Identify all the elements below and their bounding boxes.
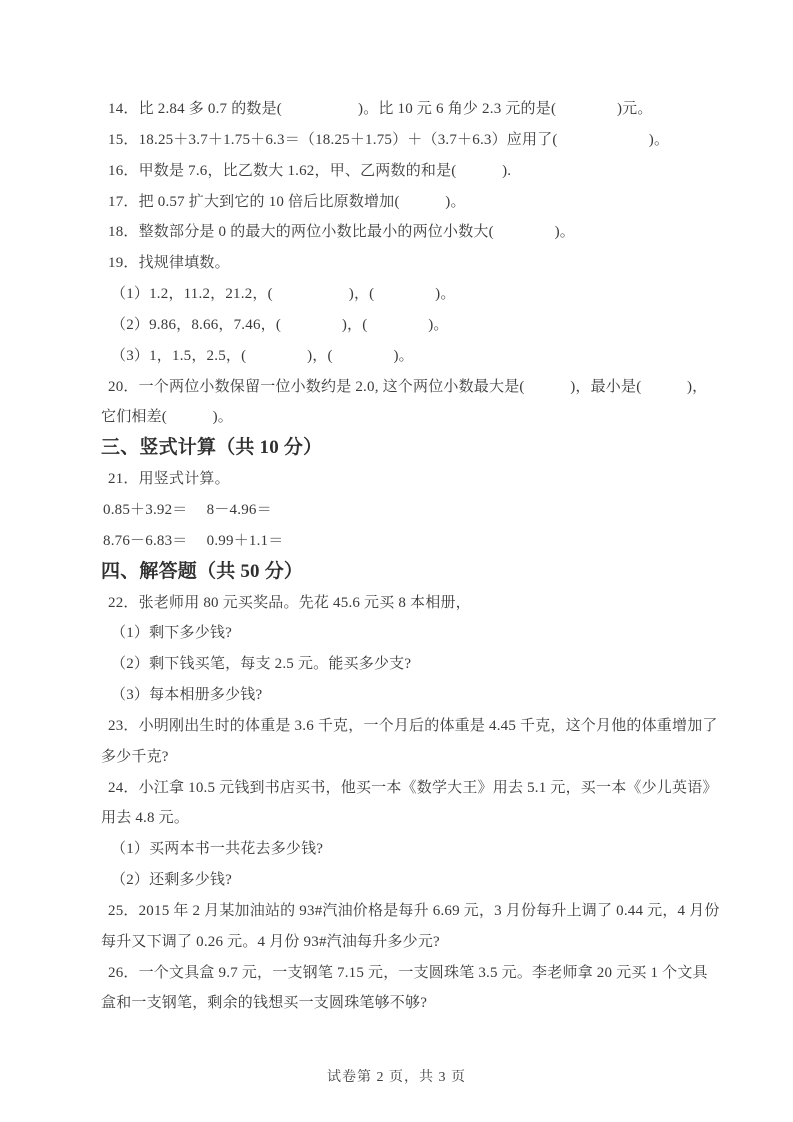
question-15: 15．18.25＋3.7＋1.75＋6.3＝（18.25＋1.75）＋（3.7＋… <box>101 125 721 156</box>
exam-content: 14．比 2.84 多 0.7 的数是( )。比 10 元 6 角少 2.3 元… <box>101 94 721 1019</box>
question-16: 16．甲数是 7.6，比乙数大 1.62，甲、乙两数的和是( ). <box>101 156 721 187</box>
question-22-sub-2: （2）剩下钱买笔，每支 2.5 元。能买多少支? <box>101 649 721 680</box>
question-20: 20．一个两位小数保留一位小数约是 2.0, 这个两位小数最大是( )，最小是(… <box>101 372 721 403</box>
question-22-sub-3: （3）每本相册多少钱? <box>101 680 721 711</box>
question-25-continuation: 每升又下调了 0.26 元。4 月份 93#汽油每升多少元? <box>101 927 721 958</box>
calc-expressions-row-2: 8.76－6.83＝ 0.99＋1.1＝ <box>101 526 721 557</box>
question-22: 22．张老师用 80 元买奖品。先花 45.6 元买 8 本相册， <box>101 588 721 619</box>
question-24-continuation: 用去 4.8 元。 <box>101 803 721 834</box>
calc-expressions-row-1: 0.85＋3.92＝ 8－4.96＝ <box>101 495 721 526</box>
question-25: 25．2015 年 2 月某加油站的 93#汽油价格是每升 6.69 元，3 月… <box>101 896 721 927</box>
question-19: 19．找规律填数。 <box>101 248 721 279</box>
question-18: 18．整数部分是 0 的最大的两位小数比最小的两位小数大( )。 <box>101 217 721 248</box>
question-24: 24．小江拿 10.5 元钱到书店买书，他买一本《数学大王》用去 5.1 元，买… <box>101 773 721 804</box>
question-23: 23．小明刚出生时的体重是 3.6 千克，一个月后的体重是 4.45 千克，这个… <box>101 711 721 742</box>
question-19-sub-3: （3）1，1.5，2.5，( )，( )。 <box>101 341 721 372</box>
question-23-continuation: 多少千克? <box>101 742 721 773</box>
question-17: 17．把 0.57 扩大到它的 10 倍后比原数增加( )。 <box>101 187 721 218</box>
question-24-sub-1: （1）买两本书一共花去多少钱? <box>101 834 721 865</box>
question-22-sub-1: （1）剩下多少钱? <box>101 618 721 649</box>
question-14: 14．比 2.84 多 0.7 的数是( )。比 10 元 6 角少 2.3 元… <box>101 94 721 125</box>
question-21: 21．用竖式计算。 <box>101 464 721 495</box>
question-20-continuation: 它们相差( )。 <box>101 402 721 433</box>
exam-paper-page: 14．比 2.84 多 0.7 的数是( )。比 10 元 6 角少 2.3 元… <box>0 0 793 1122</box>
page-footer: 试卷第 2 页，共 3 页 <box>0 1066 793 1086</box>
question-19-sub-1: （1）1.2，11.2，21.2，( )，( )。 <box>101 279 721 310</box>
section-heading-4: 四、解答题（共 50 分） <box>101 557 721 588</box>
question-24-sub-2: （2）还剩多少钱? <box>101 865 721 896</box>
question-19-sub-2: （2）9.86，8.66，7.46，( )，( )。 <box>101 310 721 341</box>
question-26-continuation: 盒和一支钢笔，剩余的钱想买一支圆珠笔够不够? <box>101 988 721 1019</box>
section-heading-3: 三、竖式计算（共 10 分） <box>101 433 721 464</box>
question-26: 26．一个文具盒 9.7 元，一支钢笔 7.15 元，一支圆珠笔 3.5 元。李… <box>101 958 721 989</box>
